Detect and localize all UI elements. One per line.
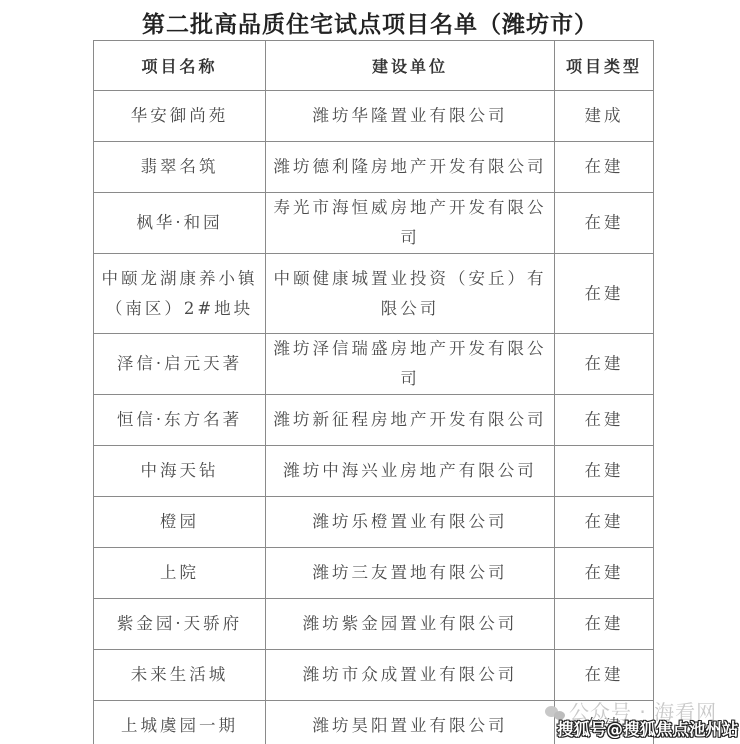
cell-project-type: 在建 [555,254,654,334]
table-row: 橙园 潍坊乐橙置业有限公司 在建 [94,497,654,548]
table-row: 紫金园·天骄府 潍坊紫金园置业有限公司 在建 [94,599,654,650]
cell-project-type: 在建 [555,334,654,395]
table-row: 恒信·东方名著 潍坊新征程房地产开发有限公司 在建 [94,395,654,446]
cell-builder: 潍坊市众成置业有限公司 [266,650,555,701]
cell-project-name: 橙园 [94,497,266,548]
cell-project-name: 翡翠名筑 [94,142,266,193]
table-header-row: 项目名称 建设单位 项目类型 [94,41,654,91]
cell-builder: 潍坊乐橙置业有限公司 [266,497,555,548]
table-row: 中颐龙湖康养小镇（南区）2#地块 中颐健康城置业投资（安丘）有限公司 在建 [94,254,654,334]
header-project-type: 项目类型 [555,41,654,91]
cell-project-type: 在建 [555,142,654,193]
cell-project-type: 在建 [555,650,654,701]
table-row: 翡翠名筑 潍坊德利隆房地产开发有限公司 在建 [94,142,654,193]
cell-project-type: 在建 [555,497,654,548]
cell-project-name: 中颐龙湖康养小镇（南区）2#地块 [94,254,266,334]
cell-builder: 潍坊泽信瑞盛房地产开发有限公司 [266,334,555,395]
cell-project-type: 在建 [555,193,654,254]
cell-project-type: 在建 [555,395,654,446]
table-row: 泽信·启元天著 潍坊泽信瑞盛房地产开发有限公司 在建 [94,334,654,395]
sohu-watermark: 搜狐号@搜狐焦点池州站 [557,716,739,740]
cell-project-name: 中海天钻 [94,446,266,497]
cell-project-name: 华安御尚苑 [94,91,266,142]
document-title: 第二批高品质住宅试点项目名单（潍坊市） [0,6,740,39]
cell-project-name: 枫华·和园 [94,193,266,254]
cell-project-name: 紫金园·天骄府 [94,599,266,650]
header-builder: 建设单位 [266,41,555,91]
table-row: 中海天钻 潍坊中海兴业房地产有限公司 在建 [94,446,654,497]
cell-builder: 潍坊新征程房地产开发有限公司 [266,395,555,446]
cell-project-name: 未来生活城 [94,650,266,701]
cell-project-name: 上院 [94,548,266,599]
table-row: 未来生活城 潍坊市众成置业有限公司 在建 [94,650,654,701]
cell-builder: 潍坊华隆置业有限公司 [266,91,555,142]
cell-project-type: 在建 [555,548,654,599]
table-row: 上院 潍坊三友置地有限公司 在建 [94,548,654,599]
cell-builder: 潍坊三友置地有限公司 [266,548,555,599]
cell-builder: 中颐健康城置业投资（安丘）有限公司 [266,254,555,334]
table-row: 枫华·和园 寿光市海恒威房地产开发有限公司 在建 [94,193,654,254]
cell-builder: 潍坊中海兴业房地产有限公司 [266,446,555,497]
cell-builder: 寿光市海恒威房地产开发有限公司 [266,193,555,254]
cell-builder: 潍坊昊阳置业有限公司 [266,701,555,744]
cell-project-name: 泽信·启元天著 [94,334,266,395]
cell-project-name: 上城虞园一期 [94,701,266,744]
project-list-table: 项目名称 建设单位 项目类型 华安御尚苑 潍坊华隆置业有限公司 建成 翡翠名筑 … [93,40,654,744]
header-project-name: 项目名称 [94,41,266,91]
cell-project-name: 恒信·东方名著 [94,395,266,446]
cell-builder: 潍坊紫金园置业有限公司 [266,599,555,650]
table-row: 华安御尚苑 潍坊华隆置业有限公司 建成 [94,91,654,142]
cell-project-type: 建成 [555,91,654,142]
cell-project-type: 在建 [555,446,654,497]
cell-builder: 潍坊德利隆房地产开发有限公司 [266,142,555,193]
cell-project-type: 在建 [555,599,654,650]
